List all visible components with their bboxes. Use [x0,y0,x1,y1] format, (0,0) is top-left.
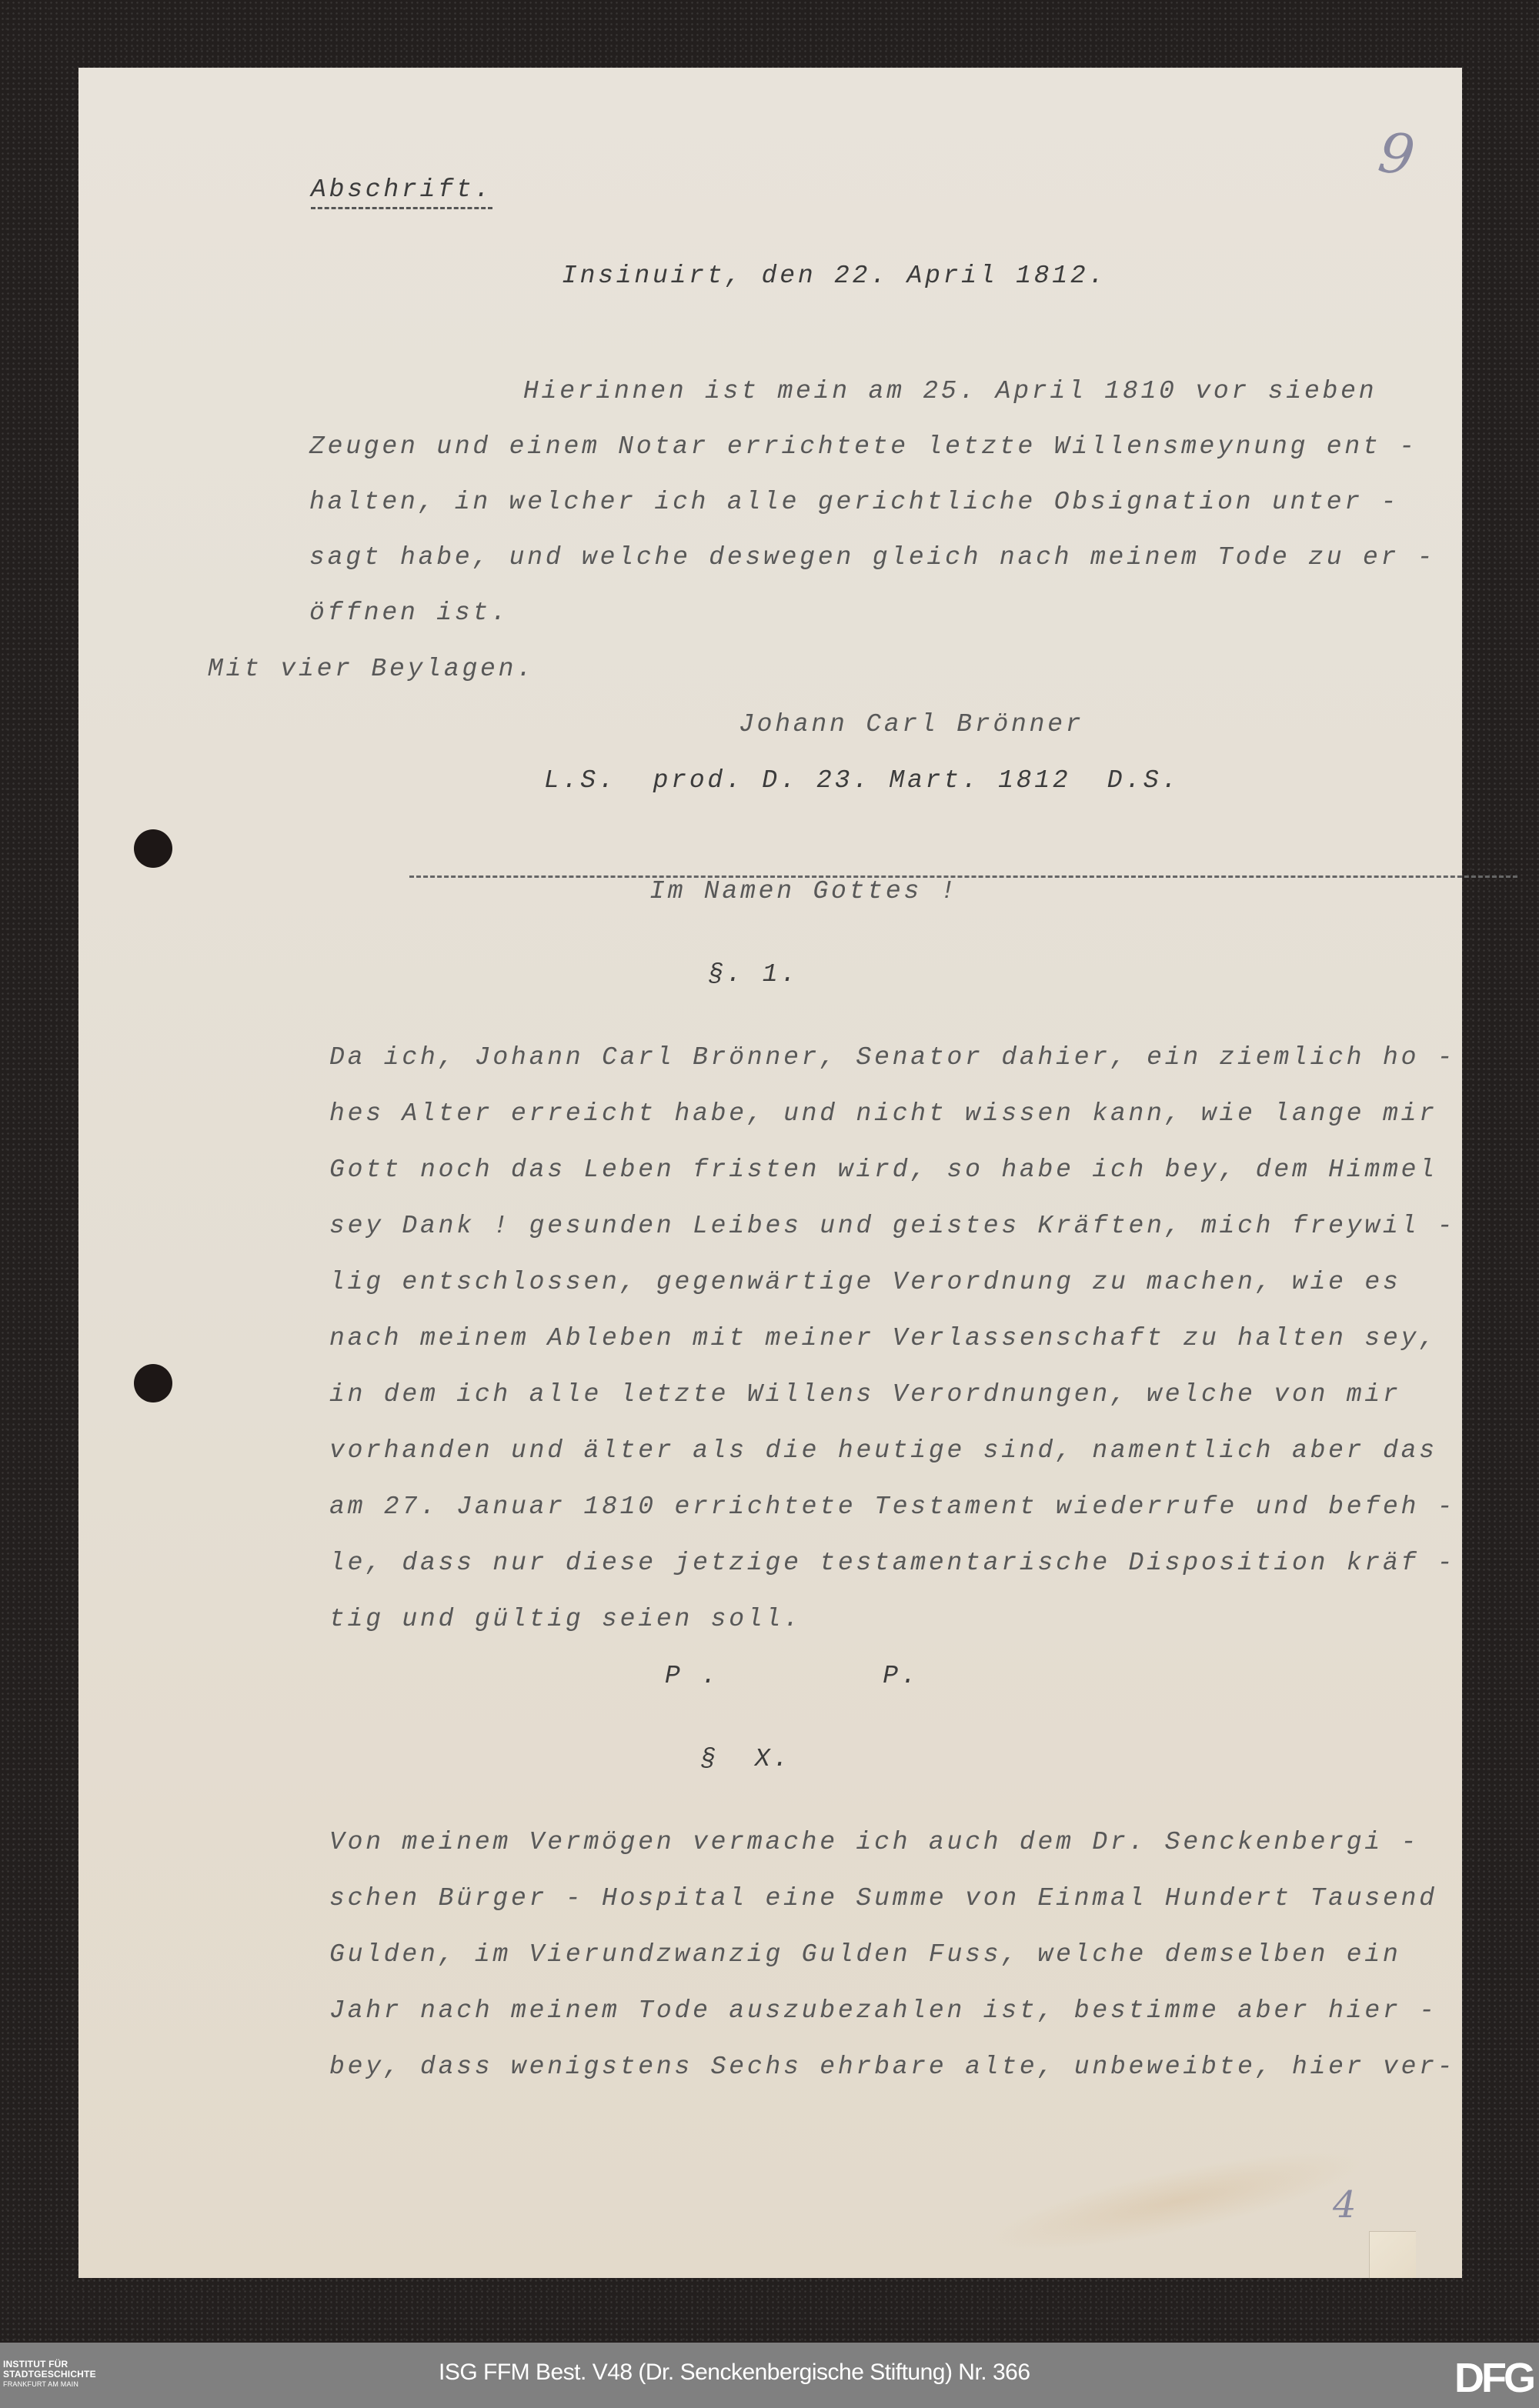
section-line: lig entschlossen, gegenwärtige Verordnun… [329,1268,1401,1296]
section-line: vorhanden und älter als die heutige sind… [329,1436,1437,1465]
section-line: le, dass nur diese jetzige testamentaris… [329,1549,1455,1577]
punch-hole [134,1364,172,1402]
section-line: Gott noch das Leben fristen wird, so hab… [329,1156,1437,1184]
handwritten-page-number: 4 [1333,2183,1357,2226]
archive-signature: ISG FFM Best. V48 (Dr. Senckenbergische … [439,2360,1030,2386]
document-page: Abschrift. 9 Insinuirt, den 22. April 18… [78,68,1462,2278]
signature-name: Johann Carl Brönner [739,710,1083,739]
institution-name-line: STADTGESCHICHTE [3,2370,96,2380]
section-line: hes Alter erreicht habe, und nicht wisse… [329,1099,1437,1128]
section-line: bey, dass wenigstens Sechs ehrbare alte,… [329,2053,1455,2081]
folio-number: 9 [1374,119,1418,188]
section-line: schen Bürger - Hospital eine Summe von E… [329,1884,1437,1913]
section-line: nach meinem Ableben mit meiner Verlassen… [329,1324,1437,1352]
insinuation-date: Insinuirt, den 22. April 1812. [562,262,1107,290]
section-line: Gulden, im Vierundzwanzig Gulden Fuss, w… [329,1940,1401,1969]
section-line: Jahr nach meinem Tode auszubezahlen ist,… [329,1996,1437,2025]
archive-footer: INSTITUT FÜR STADTGESCHICHTE FRANKFURT A… [0,2343,1539,2408]
punch-hole [134,829,172,868]
intro-line: halten, in welcher ich alle gerichtliche… [309,488,1399,516]
section-line: tig und gültig seien soll. [329,1605,802,1633]
dfg-logo: DFG [1454,2356,1533,2400]
section-line: in dem ich alle letzte Willens Verordnun… [329,1380,1401,1409]
enclosures-note: Mit vier Beylagen. [208,655,535,683]
seal-line: L.S. prod. D. 23. Mart. 1812 D.S. [544,766,1180,795]
paper-stain [983,2131,1372,2271]
section-heading: §. 1. [708,960,799,989]
section-heading: § X. [700,1745,791,1773]
institution-logo: INSTITUT FÜR STADTGESCHICHTE FRANKFURT A… [3,2360,96,2390]
section-line: Von meinem Vermögen vermache ich auch de… [329,1828,1419,1856]
omission-marker: P . P. [665,1662,919,1690]
intro-line: Zeugen und einem Notar errichtete letzte… [309,432,1417,461]
section-line: sey Dank ! gesunden Leibes und geistes K… [329,1212,1455,1240]
institution-city: FRANKFURT AM MAIN [3,2380,96,2390]
intro-line: sagt habe, und welche deswegen gleich na… [309,543,1435,572]
document-title: Abschrift. [311,175,492,209]
dashed-separator [409,875,1517,878]
intro-line: Hierinnen ist mein am 25. April 1810 vor… [523,377,1377,405]
section-line: Da ich, Johann Carl Brönner, Senator dah… [329,1043,1455,1072]
section-line: am 27. Januar 1810 errichtete Testament … [329,1492,1455,1521]
intro-line: öffnen ist. [309,599,509,627]
invocation: Im Namen Gottes ! [649,877,958,906]
